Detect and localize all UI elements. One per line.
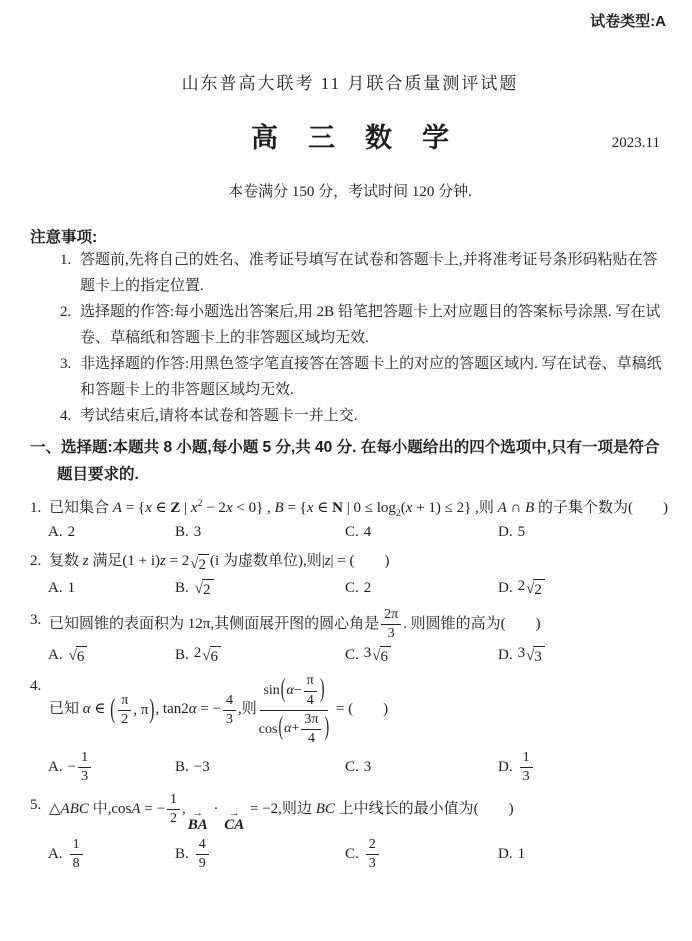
options-row: A.1 B.√2 C.2 D.2√2 — [48, 578, 670, 600]
question-stem: 已知 α ∈ (π2, π), tan2α = −43,则sin(α − π4)… — [49, 673, 670, 746]
option-a: A.2 — [48, 524, 175, 541]
option-value: 2 — [364, 580, 372, 597]
option-label: B. — [175, 759, 189, 776]
question-number: 1. — [30, 495, 49, 521]
option-value: 18 — [68, 837, 85, 872]
paper-type-label: 试卷类型:A — [30, 10, 670, 31]
option-b: B.−3 — [175, 759, 345, 776]
notice-item-text: 考试结束后,请将本试卷和答题卡一并上交. — [80, 403, 670, 429]
subject-title: 高三数学 — [251, 116, 479, 155]
option-label: D. — [498, 759, 513, 776]
option-c: C.23 — [345, 837, 498, 872]
option-label: B. — [175, 524, 189, 541]
option-b: B.49 — [175, 837, 345, 872]
question-number: 3. — [30, 607, 49, 642]
options-row: A.−13 B.−3 C.3 D.13 — [48, 750, 670, 785]
notice-item: 2. 选择题的作答:每小题选出答案后,用 2B 铅笔把答题卡上对应题目的答案标号… — [30, 299, 670, 351]
option-a: A.1 — [48, 580, 175, 597]
question-number: 5. — [30, 792, 49, 834]
question-4: 4. 已知 α ∈ (π2, π), tan2α = −43,则sin(α − … — [30, 673, 670, 746]
option-label: B. — [175, 580, 189, 597]
option-d: D.2√2 — [498, 578, 670, 600]
option-label: C. — [345, 759, 359, 776]
option-label: A. — [48, 647, 63, 664]
notice-item: 4. 考试结束后,请将本试卷和答题卡一并上交. — [30, 403, 670, 429]
option-label: B. — [175, 647, 189, 664]
option-value: 49 — [194, 837, 211, 872]
option-label: A. — [48, 524, 63, 541]
notice-item: 3. 非选择题的作答:用黑色签字笔直接答在答题卡上的对应的答题区域内. 写在试卷… — [30, 351, 670, 403]
question-number: 2. — [30, 548, 49, 575]
option-label: A. — [48, 846, 63, 863]
notice-item-number: 3. — [60, 351, 80, 403]
notice-item-text: 选择题的作答:每小题选出答案后,用 2B 铅笔把答题卡上对应题目的答案标号涂黑.… — [80, 299, 670, 351]
option-label: D. — [498, 580, 513, 597]
notice-item-number: 4. — [60, 403, 80, 429]
option-value: 5 — [518, 524, 526, 541]
option-label: C. — [345, 524, 359, 541]
question-2: 2. 复数 z 满足(1 + i)z = 2√2(i 为虚数单位),则|z| =… — [30, 548, 670, 575]
option-a: A.18 — [48, 837, 175, 872]
option-label: B. — [175, 846, 189, 863]
option-value: 3√6 — [364, 645, 392, 667]
option-value: 3 — [194, 524, 202, 541]
option-label: A. — [48, 580, 63, 597]
question-3: 3. 已知圆锥的表面积为 12π,其侧面展开图的圆心角是2π3. 则圆锥的高为(… — [30, 607, 670, 642]
option-label: C. — [345, 647, 359, 664]
notice-item-text: 答题前,先将自己的姓名、准考证号填写在试卷和答题卡上,并将准考证号条形码粘贴在答… — [80, 247, 670, 299]
question-stem: 已知圆锥的表面积为 12π,其侧面展开图的圆心角是2π3. 则圆锥的高为( ) — [49, 607, 670, 642]
options-row: A.√6 B.2√6 C.3√6 D.3√3 — [48, 645, 670, 667]
option-b: B.3 — [175, 524, 345, 541]
question-stem: 已知集合 A = {x ∈ Z | x2 − 2x < 0} , B = {x … — [49, 495, 670, 521]
option-value: 3√3 — [518, 645, 546, 667]
option-value: 1 — [68, 580, 76, 597]
option-d: D.3√3 — [498, 645, 670, 667]
option-value: 3 — [364, 759, 372, 776]
notice-item-number: 2. — [60, 299, 80, 351]
option-value: 2√6 — [194, 645, 222, 667]
options-row: A.18 B.49 C.23 D.1 — [48, 837, 670, 872]
option-value: 4 — [364, 524, 372, 541]
exam-title: 山东普高大联考 11 月联合质量测评试题 — [30, 69, 670, 94]
notice-item: 1. 答题前,先将自己的姓名、准考证号填写在试卷和答题卡上,并将准考证号条形码粘… — [30, 247, 670, 299]
option-value: 13 — [518, 750, 535, 785]
option-label: D. — [498, 524, 513, 541]
question-1: 1. 已知集合 A = {x ∈ Z | x2 − 2x < 0} , B = … — [30, 495, 670, 521]
notice-item-text: 非选择题的作答:用黑色签字笔直接答在答题卡上的对应的答题区域内. 写在试卷、草稿… — [80, 351, 670, 403]
option-value: −13 — [68, 750, 93, 785]
option-d: D.5 — [498, 524, 670, 541]
option-value: 2√2 — [518, 578, 546, 600]
option-label: D. — [498, 647, 513, 664]
option-value: 23 — [364, 837, 381, 872]
question-number: 4. — [30, 673, 49, 746]
option-label: C. — [345, 846, 359, 863]
option-value: 1 — [518, 846, 526, 863]
question-stem: 复数 z 满足(1 + i)z = 2√2(i 为虚数单位),则|z| = ( … — [49, 548, 670, 575]
options-row: A.2 B.3 C.4 D.5 — [48, 524, 670, 541]
option-value: √6 — [68, 645, 89, 667]
option-c: C.2 — [345, 580, 498, 597]
option-b: B.√2 — [175, 578, 345, 600]
option-a: A.√6 — [48, 645, 175, 667]
option-b: B.2√6 — [175, 645, 345, 667]
exam-info: 本卷满分 150 分，考试时间 120 分钟. — [30, 180, 670, 201]
option-a: A.−13 — [48, 750, 175, 785]
question-5: 5. △ABC 中,cosA = −12,→BA · →CA = −2,则边 B… — [30, 792, 670, 834]
option-value: −3 — [194, 759, 210, 776]
section-one-heading: 一、选择题:本题共 8 小题,每小题 5 分,共 40 分. 在每小题给出的四个… — [30, 434, 670, 488]
option-d: D.13 — [498, 750, 670, 785]
exam-paper: 试卷类型:A 山东普高大联考 11 月联合质量测评试题 高三数学 2023.11… — [0, 0, 692, 872]
option-label: A. — [48, 759, 63, 776]
notice-heading: 注意事项: — [30, 225, 670, 247]
option-label: D. — [498, 846, 513, 863]
option-c: C.4 — [345, 524, 498, 541]
option-c: C.3√6 — [345, 645, 498, 667]
subject-row: 高三数学 2023.11 — [30, 116, 670, 154]
option-value: √2 — [194, 578, 215, 600]
option-value: 2 — [68, 524, 76, 541]
option-c: C.3 — [345, 759, 498, 776]
question-stem: △ABC 中,cosA = −12,→BA · →CA = −2,则边 BC 上… — [49, 792, 670, 834]
exam-date: 2023.11 — [612, 135, 660, 152]
option-label: C. — [345, 580, 359, 597]
option-d: D.1 — [498, 846, 670, 863]
notice-item-number: 1. — [60, 247, 80, 299]
